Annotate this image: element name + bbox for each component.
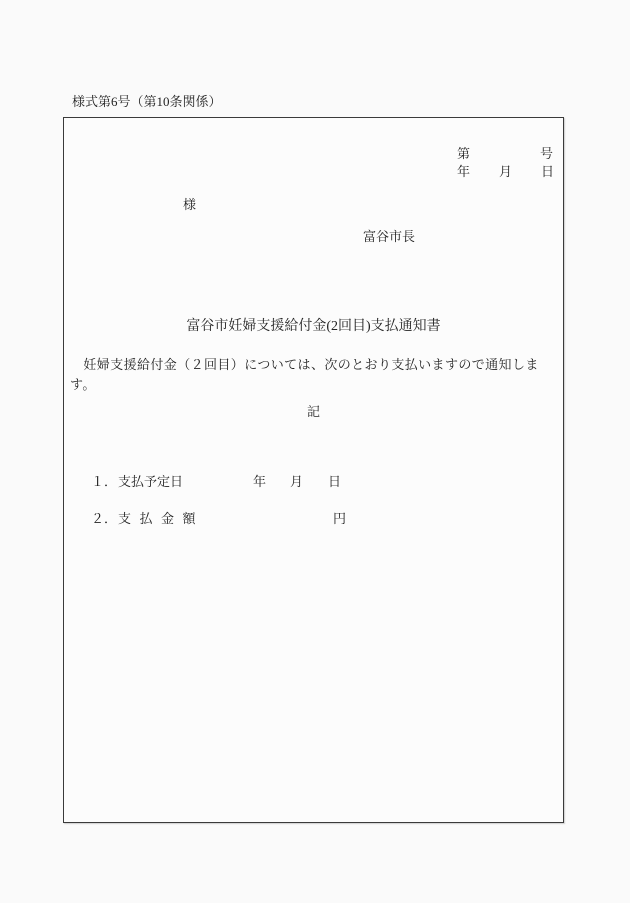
body-line: 妊婦支援給付金（２回目）については、次のとおり支払いますので通知しま — [70, 355, 560, 375]
form-number-note: 様式第6号（第10条関係） — [72, 94, 222, 109]
item-1-month-label: 月 — [290, 474, 303, 490]
date-month-label: 月 — [499, 164, 512, 180]
date-year-label: 年 — [457, 164, 470, 180]
item-1-label: 支払予定日 — [118, 474, 183, 490]
document-title: 富谷市妊婦支援給付金(2回目)支払通知書 — [64, 318, 563, 335]
mayor-signature: 富谷市長 — [363, 229, 415, 245]
ki-heading: 記 — [64, 404, 563, 420]
document-frame: 第 号 年 月 日 様 富谷市長 富谷市妊婦支援給付金(2回目)支払通知書 妊婦… — [63, 117, 564, 823]
item-2-unit-label: 円 — [333, 511, 346, 527]
body-paragraph: 妊婦支援給付金（２回目）については、次のとおり支払いますので通知しま す。 — [70, 355, 560, 395]
doc-number-suffix-label: 号 — [540, 146, 553, 162]
addressee-honorific: 様 — [183, 197, 196, 213]
item-1-year-label: 年 — [253, 474, 266, 490]
document-page: 様式第6号（第10条関係） 第 号 年 月 日 様 富谷市長 富谷市妊婦支援給付… — [0, 0, 630, 903]
item-2-number: ２． — [91, 511, 117, 527]
item-1-day-label: 日 — [328, 474, 341, 490]
body-line: す。 — [70, 375, 560, 395]
doc-number-prefix-label: 第 — [457, 146, 470, 162]
date-day-label: 日 — [541, 164, 554, 180]
item-2-label: 支払金額 — [118, 511, 204, 527]
item-1-number: １． — [91, 474, 117, 490]
